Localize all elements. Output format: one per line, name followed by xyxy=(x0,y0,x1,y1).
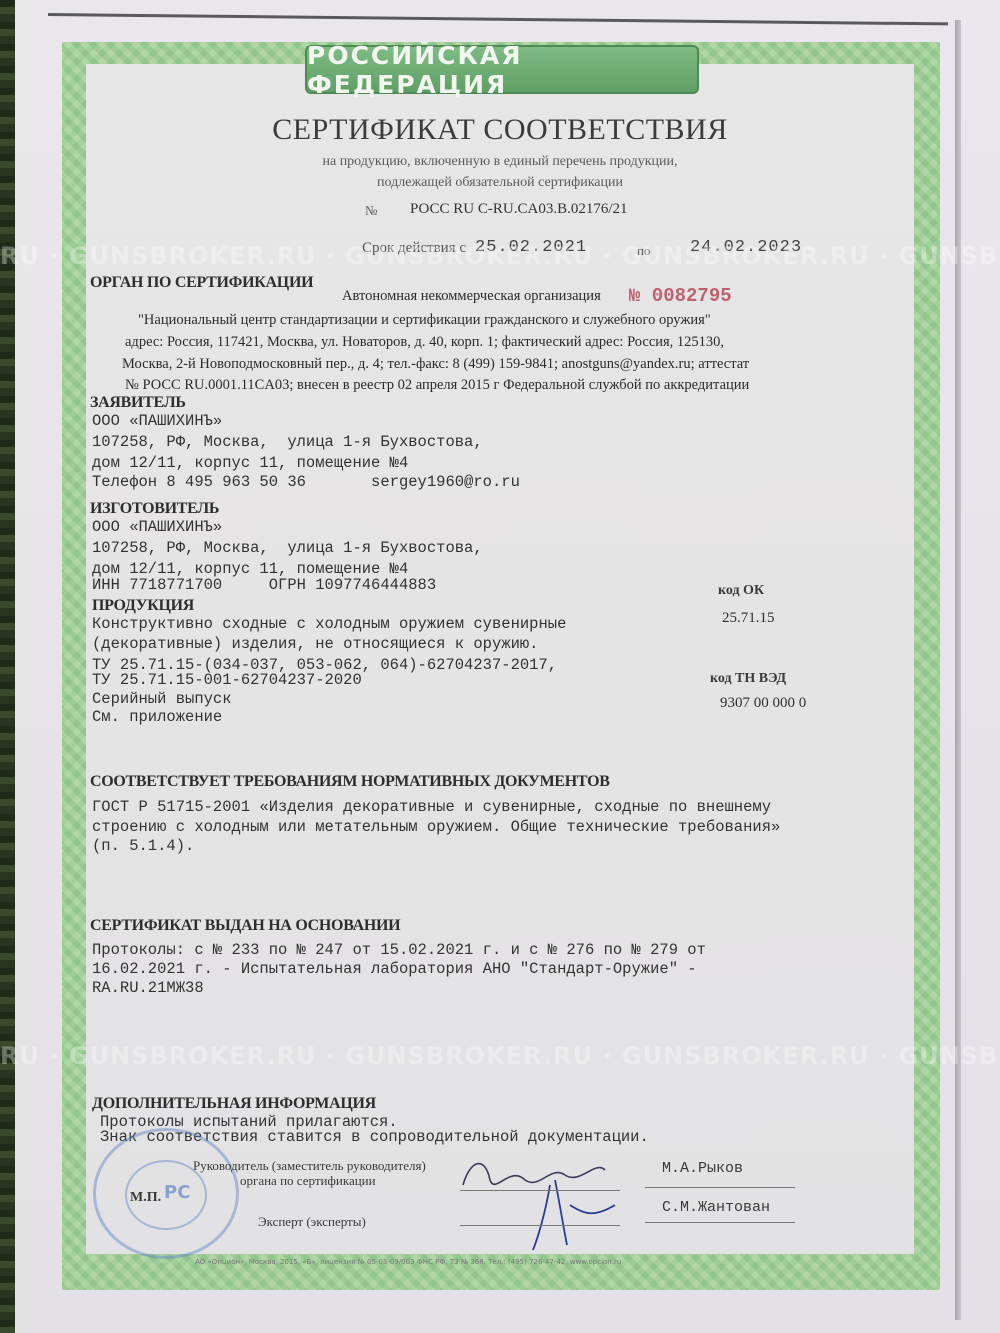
applicant-heading: ЗАЯВИТЕЛЬ xyxy=(90,394,186,412)
cert-body-line-5: № РОСС RU.0001.11CA03; внесен в реестр 0… xyxy=(125,377,749,394)
expert-name: С.М.Жантован xyxy=(662,1199,770,1216)
compliance-line-1: ГОСТ Р 51715-2001 «Изделия декоративные … xyxy=(92,797,771,818)
blank-serial-number: № 0082795 xyxy=(629,285,732,307)
conformity-mark-icon: РС xyxy=(164,1182,190,1203)
cert-body-line-4: Москва, 2-й Новоподмосковный пер., д. 4;… xyxy=(122,356,749,373)
valid-from-date: 25.02.2021 xyxy=(475,238,587,257)
cert-body-line-1: Автономная некоммерческая организация xyxy=(342,288,601,305)
stamp-place-label: М.П. xyxy=(130,1190,161,1206)
product-heading: ПРОДУКЦИЯ xyxy=(92,597,194,615)
applicant-address-2: дом 12/11, корпус 11, помещение №4 xyxy=(92,453,408,474)
valid-to-date: 24.02.2023 xyxy=(690,238,802,257)
cert-body-line-3: адрес: Россия, 117421, Москва, ул. Новат… xyxy=(125,334,724,351)
applicant-name: ООО «ПАШИХИНЪ» xyxy=(92,411,222,432)
signature-scribble xyxy=(455,1145,625,1255)
head-signature-label: Руководитель (заместитель руководителя) xyxy=(193,1158,426,1174)
manufacturer-address-1: 107258, РФ, Москва, улица 1-я Бухвостова… xyxy=(92,538,483,559)
certificate-number-label: № xyxy=(365,203,377,219)
product-see-appendix: См. приложение xyxy=(92,707,222,728)
paper-edge-right xyxy=(955,20,961,1320)
product-line-2: (декоративные) изделия, не относящиеся к… xyxy=(92,634,538,655)
valid-to-label: по xyxy=(637,243,650,259)
basis-heading: СЕРТИФИКАТ ВЫДАН НА ОСНОВАНИИ xyxy=(90,917,400,935)
tnved-code-value: 9307 00 000 0 xyxy=(720,695,806,712)
manufacturer-ids: ИНН 7718771700 ОГРН 1097746444883 xyxy=(92,575,436,596)
expert-name-line xyxy=(645,1222,795,1223)
document-title: СЕРТИФИКАТ СООТВЕТСТВИЯ xyxy=(0,113,1000,147)
compliance-line-2: строению с холодным или метательным оруж… xyxy=(92,817,780,838)
subtitle-line-2: подлежащей обязательной сертификации xyxy=(0,175,1000,191)
basis-line-1: Протоколы: с № 233 по № 247 от 15.02.202… xyxy=(92,940,706,961)
certificate-number: РОСС RU C-RU.CA03.B.02176/21 xyxy=(410,201,628,218)
subtitle-line-1: на продукцию, включенную в единый перече… xyxy=(0,154,1000,170)
applicant-address-1: 107258, РФ, Москва, улица 1-я Бухвостова… xyxy=(92,432,483,453)
manufacturer-name: ООО «ПАШИХИНЪ» xyxy=(92,517,222,538)
basis-line-3: RA.RU.21МЖ38 xyxy=(92,978,204,999)
expert-signature-label: Эксперт (эксперты) xyxy=(258,1214,366,1230)
head-signature-line xyxy=(460,1190,620,1191)
applicant-contacts: Телефон 8 495 963 50 36 sergey1960@ro.ru xyxy=(92,472,520,493)
manufacturer-heading: ИЗГОТОВИТЕЛЬ xyxy=(90,500,219,518)
printer-imprint: АО «Опцион», Москва, 2015, «Б», лицензия… xyxy=(195,1258,621,1266)
head-name-line xyxy=(645,1187,795,1188)
product-spec-2: ТУ 25.71.15-001-62704237-2020 xyxy=(92,670,362,691)
head-signature-label-2: органа по сертификации xyxy=(240,1173,376,1189)
ok-code-label: код ОК xyxy=(718,583,764,599)
additional-info-heading: ДОПОЛНИТЕЛЬНАЯ ИНФОРМАЦИЯ xyxy=(92,1095,376,1113)
ok-code-value: 25.71.15 xyxy=(722,610,775,627)
head-name: М.А.Рыков xyxy=(662,1160,743,1177)
country-banner: РОССИЙСКАЯ ФЕДЕРАЦИЯ xyxy=(305,45,699,94)
validity-label: Срок действия с xyxy=(362,240,466,257)
cert-body-line-2: "Национальный центр стандартизации и сер… xyxy=(138,312,711,329)
certification-body-heading: ОРГАН ПО СЕРТИФИКАЦИИ xyxy=(90,274,313,292)
basis-line-2: 16.02.2021 г. - Испытательная лаборатори… xyxy=(92,959,697,980)
expert-signature-line xyxy=(460,1225,620,1226)
compliance-heading: СООТВЕТСТВУЕТ ТРЕБОВАНИЯМ НОРМАТИВНЫХ ДО… xyxy=(90,773,610,791)
product-line-1: Конструктивно сходные с холодным оружием… xyxy=(92,614,566,635)
compliance-line-3: (п. 5.1.4). xyxy=(92,836,194,857)
tnved-code-label: код ТН ВЭД xyxy=(710,671,786,687)
